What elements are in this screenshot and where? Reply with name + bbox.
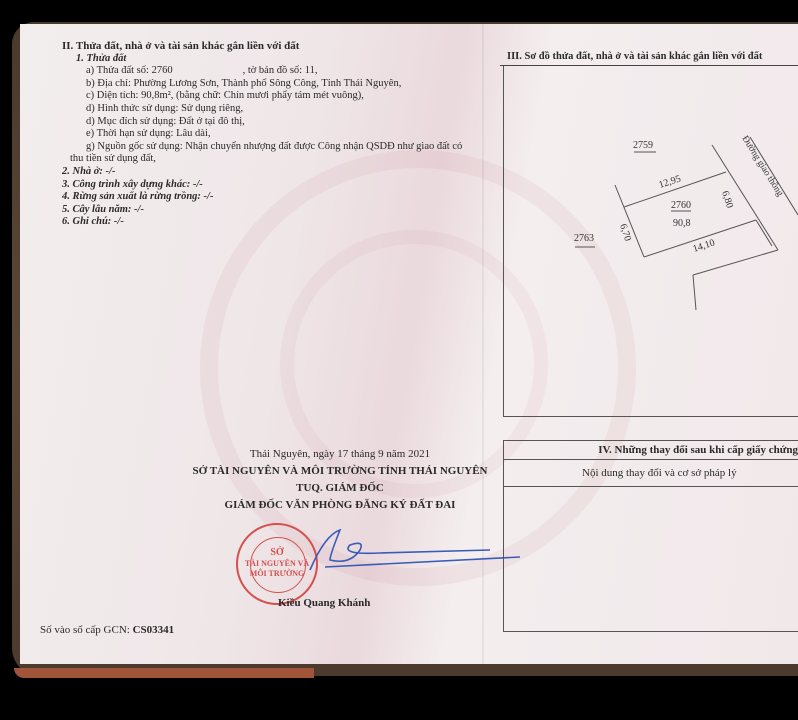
item-construction: 3. Công trình xây dựng khác: -/-	[62, 179, 482, 192]
handwritten-signature	[270, 525, 520, 575]
signer-name: Kiều Quang Khánh	[278, 597, 370, 609]
section2-sub1: 1. Thửa đất	[62, 53, 482, 66]
item-note: 6. Ghi chú: -/-	[62, 216, 482, 229]
section4-changes-table: IV. Những thay đổi sau khi cấp giấy chứn…	[503, 440, 798, 632]
label-parcel-area: 90,8	[673, 218, 691, 229]
authorization-line: TUQ. GIÁM ĐỐC	[190, 480, 490, 497]
usage-term-line: e) Thời hạn sử dụng: Lâu dài,	[62, 128, 482, 141]
label-edge-right: 6,80	[719, 190, 735, 210]
label-parcel-2763: 2763	[574, 233, 594, 244]
area-line: c) Diện tích: 90,8m², (bằng chữ: Chín mư…	[62, 90, 482, 103]
item-house: 2. Nhà ở: -/-	[62, 166, 482, 179]
date-line: Thái Nguyên, ngày 17 tháng 9 năm 2021	[190, 446, 490, 463]
label-edge-left: 6,70	[617, 223, 633, 243]
section2-title: II. Thửa đất, nhà ở và tài sản khác gắn …	[62, 40, 482, 53]
table-edge	[14, 668, 314, 678]
origin-line-cont: thu tiền sử dụng đất,	[62, 153, 482, 166]
issuing-org: SỞ TÀI NGUYÊN VÀ MÔI TRƯỜNG TỈNH THÁI NG…	[190, 463, 490, 480]
item-forest: 4. Rừng sản xuất là rừng trồng: -/-	[62, 191, 482, 204]
signer-role: GIÁM ĐỐC VĂN PHÒNG ĐĂNG KÝ ĐẤT ĐAI	[190, 497, 490, 514]
label-parcel-id: 2760	[671, 200, 691, 211]
origin-line: g) Nguồn gốc sử dụng: Nhận chuyển nhượng…	[62, 141, 482, 154]
label-road: Đường giao thông	[739, 134, 784, 198]
section3-title: III. Sơ đồ thửa đất, nhà ở và tài sản kh…	[507, 51, 762, 62]
section4-title: IV. Những thay đổi sau khi cấp giấy chứn…	[504, 441, 798, 460]
section4-column-header: Nội dung thay đổi và cơ sở pháp lý	[504, 460, 798, 487]
item-perennial: 5. Cây lâu năm: -/-	[62, 204, 482, 217]
gcn-register-number: Số vào sổ cấp GCN: CS03341	[40, 624, 174, 636]
usage-purpose-line: d) Mục đích sử dụng: Đất ở tại đô thị,	[62, 116, 482, 129]
parcel-map: 2759 2763 2760 90,8 12,95 6,80 6,70 14,1…	[560, 120, 798, 310]
address-line: b) Địa chỉ: Phường Lương Sơn, Thành phố …	[62, 78, 482, 91]
parcel-number-line: a) Thửa đất số: 2760, tờ bản đồ số: 11,	[62, 65, 482, 78]
label-parcel-2759: 2759	[633, 140, 653, 151]
section-land-info: II. Thửa đất, nhà ở và tài sản khác gắn …	[62, 40, 482, 229]
signature-block: Thái Nguyên, ngày 17 tháng 9 năm 2021 SỞ…	[190, 446, 490, 514]
usage-form-line: d) Hình thức sử dụng: Sử dụng riêng,	[62, 103, 482, 116]
